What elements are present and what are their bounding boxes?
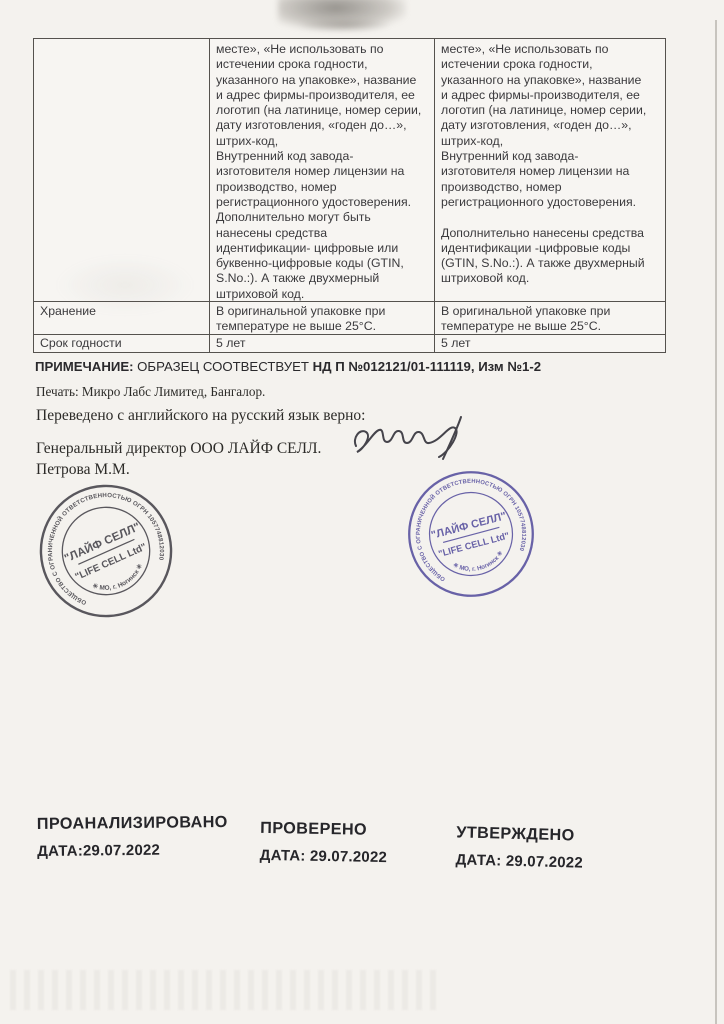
table-cell-shelf-life: 5 лет bbox=[209, 334, 434, 352]
approval-analyzed-label: ПРОАНАЛИЗИРОВАНО bbox=[37, 813, 228, 834]
company-seal-left: ОБЩЕСТВО С ОГРАНИЧЕННОЙ ОТВЕТСТВЕННОСТЬЮ… bbox=[2, 447, 211, 656]
approval-analyzed-date: ДАТА:29.07.2022 bbox=[37, 841, 228, 860]
table-cell-labeling-ru: месте», «Не использовать по истечении ср… bbox=[209, 39, 434, 301]
approval-stamp-checked: ПРОВЕРЕНО ДАТА: 29.07.2022 bbox=[260, 819, 388, 866]
page-edge-shadow bbox=[715, 20, 717, 1024]
approval-approved-label: УТВЕРЖДЕНО bbox=[456, 823, 584, 845]
note-middle: ОБРАЗЕЦ СООТВЕСТВУЕТ bbox=[134, 359, 313, 374]
table-cell-storage: В оригинальной упаковке при температуре … bbox=[209, 301, 434, 334]
packaging-info-table: месте», «Не использовать по истечении ср… bbox=[33, 38, 666, 353]
note-reference: НД П №012121/01-111119, Изм №1-2 bbox=[313, 359, 541, 374]
note-prefix: ПРИМЕЧАНИЕ: bbox=[35, 359, 134, 374]
print-attribution-line: Печать: Микро Лабс Лимитед, Бангалор. bbox=[36, 384, 265, 400]
table-cell-empty bbox=[34, 39, 209, 301]
table-row-label-storage: Хранение bbox=[34, 301, 209, 334]
signature bbox=[348, 414, 480, 462]
approval-checked-label: ПРОВЕРЕНО bbox=[260, 819, 388, 840]
table-cell-shelf-life: 5 лет bbox=[434, 334, 665, 352]
approval-checked-date: ДАТА: 29.07.2022 bbox=[260, 847, 388, 866]
scan-smudge bbox=[300, 18, 390, 32]
director-title-line: Генеральный директор ООО ЛАЙФ СЕЛЛ. bbox=[36, 440, 321, 458]
approval-stamp-approved: УТВЕРЖДЕНО ДАТА: 29.07.2022 bbox=[455, 823, 583, 871]
scanned-document-page: месте», «Не использовать по истечении ср… bbox=[0, 0, 724, 1024]
translation-verified-line: Переведено с английского на русский язык… bbox=[36, 407, 365, 425]
approval-stamp-analyzed: ПРОАНАЛИЗИРОВАНО ДАТА:29.07.2022 bbox=[37, 813, 228, 860]
table-row-label-shelf-life: Срок годности bbox=[34, 334, 209, 352]
table-cell-storage: В оригинальной упаковке при температуре … bbox=[434, 301, 665, 334]
note-line: ПРИМЕЧАНИЕ: ОБРАЗЕЦ СООТВЕСТВУЕТ НД П №0… bbox=[35, 359, 695, 374]
approval-approved-date: ДАТА: 29.07.2022 bbox=[455, 851, 583, 871]
table-cell-labeling-nd: месте», «Не использовать по истечении ср… bbox=[434, 39, 665, 301]
company-seal-right: ОБЩЕСТВО С ОГРАНИЧЕННОЙ ОТВЕТСТВЕННОСТЬЮ… bbox=[379, 442, 563, 626]
scan-artifact bbox=[10, 970, 440, 1010]
